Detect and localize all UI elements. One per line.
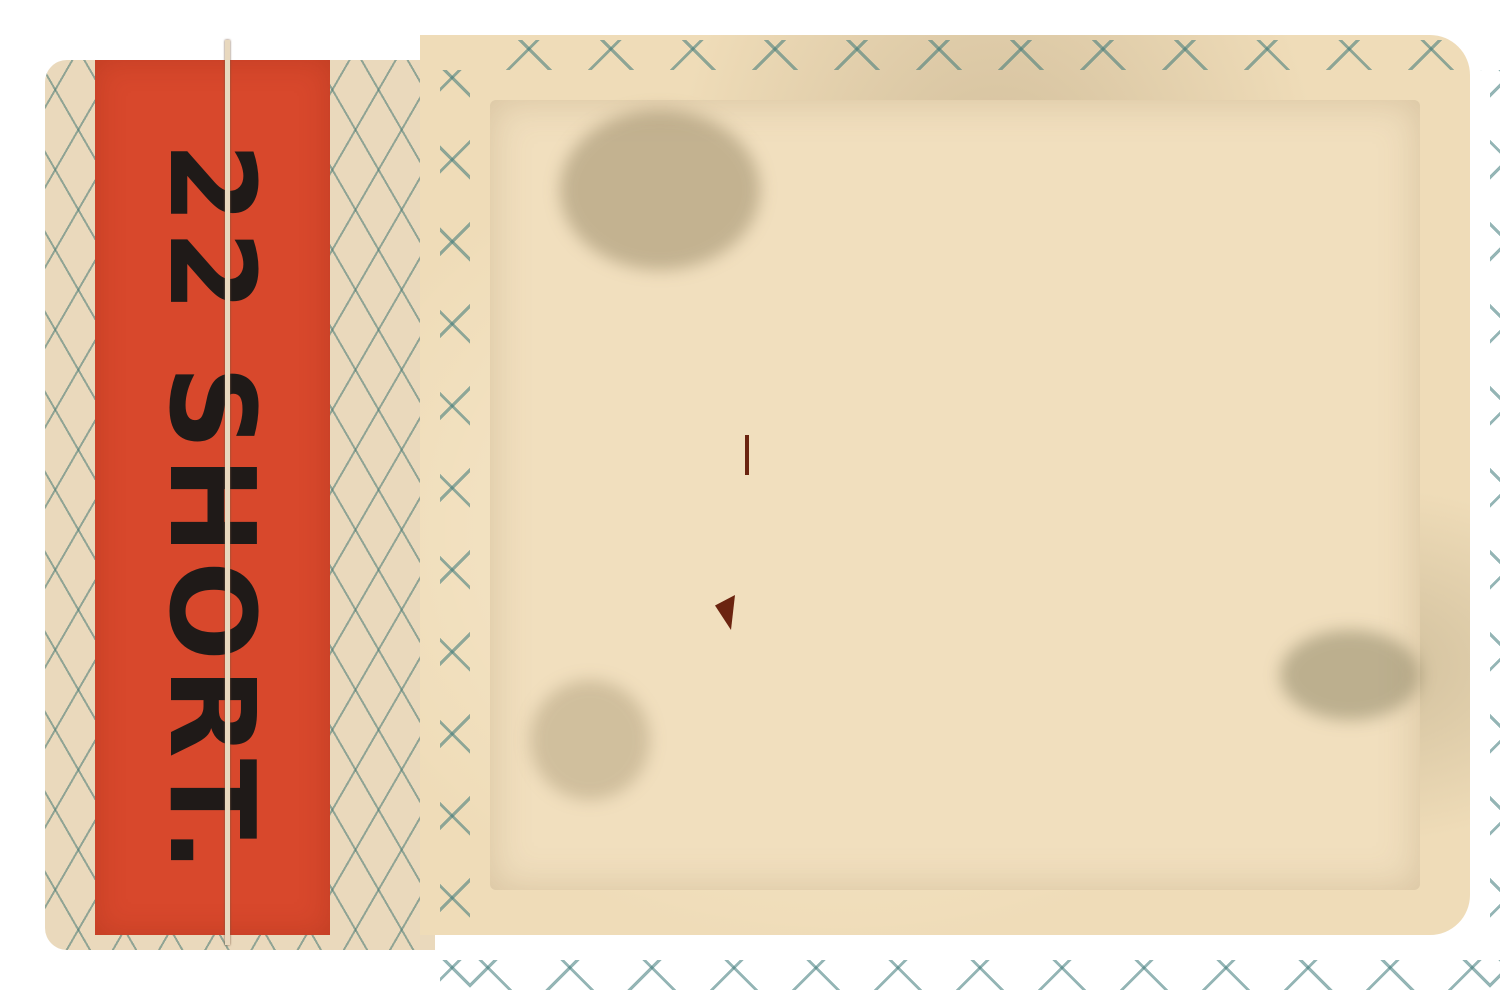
ink-mark: [745, 435, 749, 475]
blank-label-panel: [490, 100, 1420, 890]
stain: [530, 680, 650, 800]
caliber-label: 22 SHORT.: [143, 142, 281, 878]
stain: [1280, 630, 1420, 720]
stain: [560, 110, 760, 270]
paper-seam: [225, 40, 230, 945]
ink-mark: [715, 595, 735, 630]
